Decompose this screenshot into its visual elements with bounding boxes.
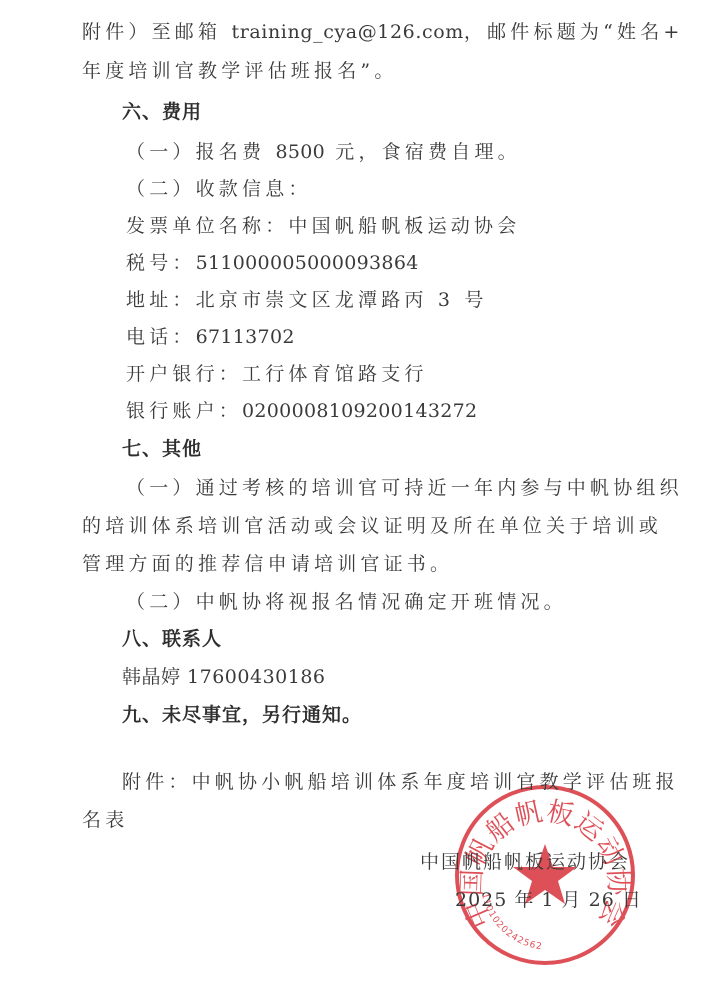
- bank-label: 开户银行：: [126, 363, 242, 385]
- text: ，邮件标题为“姓名+: [464, 21, 684, 43]
- fee-item-2: （二）收款信息：: [126, 177, 312, 201]
- section-6-heading: 六、费用: [122, 100, 202, 124]
- section-7-heading: 七、其他: [122, 437, 202, 461]
- fee-item-1: （一）报名费 8500 元，食宿费自理。: [126, 140, 521, 164]
- tax-id-row: 税号：511000005000093864: [126, 251, 419, 275]
- invoice-name-value: 中国帆船帆板运动协会: [288, 215, 520, 237]
- other-item-1-line-2: 的培训体系培训官活动或会议证明及所在单位关于培训或: [82, 514, 662, 538]
- contact-phone: 17600430186: [187, 666, 325, 688]
- attachment-line-2: 名表: [82, 808, 128, 832]
- attachment-line-1: 附件：中帆协小帆船培训体系年度培训官教学评估班报: [122, 770, 679, 794]
- address-value: 北京市崇文区龙潭路丙 3 号: [196, 289, 488, 311]
- paragraph-email-line-1: 附件）至邮箱 training_cya@126.com，邮件标题为“姓名+: [82, 20, 684, 44]
- section-8-heading: 八、联系人: [122, 627, 222, 651]
- tax-label: 税号：: [126, 252, 196, 274]
- phone-label: 电话：: [126, 326, 196, 348]
- tax-value: 511000005000093864: [196, 252, 419, 274]
- other-item-2: （二）中帆协将视报名情况确定开班情况。: [126, 590, 567, 614]
- account-label: 银行账户：: [126, 400, 242, 422]
- account-row: 银行账户：0200008109200143272: [126, 399, 477, 423]
- phone-row: 电话：67113702: [126, 325, 295, 349]
- section-9-heading: 九、未尽事宜，另行通知。: [122, 703, 362, 727]
- email-address: training_cya@126.com: [231, 21, 463, 43]
- text: （一）报名费: [126, 141, 275, 163]
- invoice-name-row: 发票单位名称：中国帆船帆板运动协会: [126, 214, 520, 238]
- official-seal-stamp: 中国帆船帆板运动协会 1101020242562: [452, 782, 638, 968]
- invoice-name-label: 发票单位名称：: [126, 215, 288, 237]
- paragraph-email-line-2: 年度培训官教学评估班报名”。: [82, 59, 398, 83]
- bank-row: 开户银行：工行体育馆路支行: [126, 362, 428, 386]
- signature-date: 2025 年 1 月 26 日: [455, 888, 642, 912]
- phone-value: 67113702: [196, 326, 295, 348]
- address-row: 地址：北京市崇文区龙潭路丙 3 号: [126, 288, 488, 312]
- fee-amount: 8500: [275, 141, 325, 163]
- text: 元，食宿费自理。: [325, 141, 521, 163]
- bank-value: 工行体育馆路支行: [242, 363, 428, 385]
- other-item-1-line-3: 管理方面的推荐信申请培训官证书。: [82, 552, 453, 576]
- address-label: 地址：: [126, 289, 196, 311]
- other-item-1-line-1: （一）通过考核的培训官可持近一年内参与中帆协组织: [126, 476, 683, 500]
- contact-row: 韩晶婷 17600430186: [122, 665, 326, 689]
- text: 附件）至邮箱: [82, 21, 231, 43]
- signature-organization: 中国帆船帆板运动协会: [420, 850, 630, 874]
- contact-name: 韩晶婷: [122, 666, 187, 688]
- account-value: 0200008109200143272: [242, 400, 477, 422]
